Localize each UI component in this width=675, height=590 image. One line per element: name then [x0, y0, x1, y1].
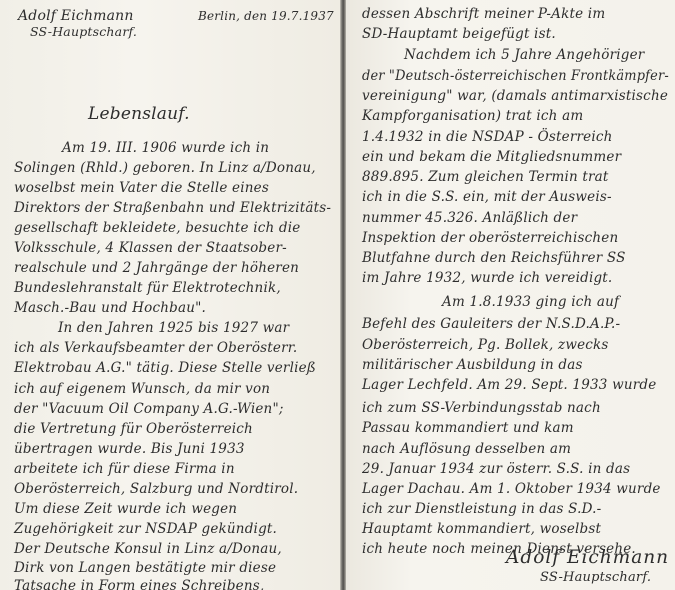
left-page: Adolf Eichmann SS-Hauptscharf. Berlin, d… [0, 0, 340, 590]
author-name: Adolf Eichmann [18, 8, 134, 24]
text-line: der "Deutsch-österreichischen Frontkämpf… [362, 68, 669, 84]
text-line: Befehl des Gauleiters der N.S.D.A.P.- [362, 316, 620, 332]
text-line: ich auf eigenem Wunsch, da mir von [14, 381, 270, 397]
text-line: ein und bekam die Mitgliedsnummer [362, 149, 621, 165]
text-line: In den Jahren 1925 bis 1927 war [58, 320, 289, 336]
text-line: Blutfahne durch den Reichsführer SS [362, 250, 626, 266]
text-line: Oberösterreich, Salzburg und Nordtirol. [14, 481, 298, 497]
text-line: Am 1.8.1933 ging ich auf [442, 294, 619, 310]
document-title: Lebenslauf. [88, 104, 190, 124]
right-page: dessen Abschrift meiner P-Akte im SD-Hau… [346, 0, 675, 590]
text-line: gesellschaft bekleidete, besuchte ich di… [14, 220, 300, 236]
text-line: übertragen wurde. Bis Juni 1933 [14, 441, 245, 457]
text-line: vereinigung" war, (damals antimarxistisc… [362, 88, 668, 104]
text-line: Solingen (Rhld.) geboren. In Linz a/Dona… [14, 160, 316, 176]
text-line: SD-Hauptamt beigefügt ist. [362, 26, 556, 42]
text-line: Inspektion der oberösterreichischen [362, 230, 618, 246]
author-rank: SS-Hauptscharf. [30, 24, 137, 39]
place-date: Berlin, den 19.7.1937 [198, 8, 334, 23]
text-line: ich als Verkaufsbeamter der Oberösterr. [14, 340, 297, 356]
text-line: 889.895. Zum gleichen Termin trat [362, 169, 609, 185]
text-line: der "Vacuum Oil Company A.G.-Wien"; [14, 401, 284, 417]
text-line: Volksschule, 4 Klassen der Staatsober- [14, 240, 287, 256]
text-line: Kampforganisation) trat ich am [362, 108, 583, 124]
signature-name: Adolf Eichmann [506, 546, 669, 568]
text-line: woselbst mein Vater die Stelle eines [14, 180, 269, 196]
text-line: Masch.-Bau und Hochbau". [14, 300, 206, 316]
text-line: nach Auflösung desselben am [362, 441, 571, 457]
text-line: Elektrobau A.G." tätig. Diese Stelle ver… [14, 360, 316, 376]
text-line: Dirk von Langen bestätigte mir diese [14, 560, 276, 576]
text-line: ich zum SS-Verbindungsstab nach [362, 400, 601, 416]
text-line: Oberösterreich, Pg. Bollek, zwecks [362, 337, 609, 353]
text-line: Bundeslehranstalt für Elektrotechnik, [14, 280, 281, 296]
text-line: Tatsache in Form eines Schreibens, [14, 578, 264, 590]
text-line: Nachdem ich 5 Jahre Angehöriger [404, 47, 644, 63]
text-line: 1.4.1932 in die NSDAP - Österreich [362, 129, 613, 145]
text-line: dessen Abschrift meiner P-Akte im [362, 6, 605, 22]
text-line: nummer 45.326. Anläßlich der [362, 210, 577, 226]
signature-rank: SS-Hauptscharf. [540, 570, 651, 585]
text-line: die Vertretung für Oberösterreich [14, 421, 253, 437]
text-line: Hauptamt kommandiert, woselbst [362, 521, 601, 537]
text-line: ich in die S.S. ein, mit der Ausweis- [362, 189, 612, 205]
text-line: Passau kommandiert und kam [362, 420, 574, 436]
text-line: im Jahre 1932, wurde ich vereidigt. [362, 270, 612, 286]
text-line: Der Deutsche Konsul in Linz a/Donau, [14, 541, 282, 557]
text-line: ich zur Dienstleistung in das S.D.- [362, 501, 601, 517]
text-line: militärischer Ausbildung in das [362, 357, 583, 373]
text-line: realschule und 2 Jahrgänge der höheren [14, 260, 299, 276]
text-line: Lager Dachau. Am 1. Oktober 1934 wurde [362, 481, 661, 497]
text-line: Direktors der Straßenbahn und Elektrizit… [14, 200, 331, 216]
text-line: 29. Januar 1934 zur österr. S.S. in das [362, 461, 630, 477]
text-line: Zugehörigkeit zur NSDAP gekündigt. [14, 521, 277, 537]
text-line: Am 19. III. 1906 wurde ich in [62, 140, 269, 156]
text-line: Lager Lechfeld. Am 29. Sept. 1933 wurde [362, 377, 656, 393]
text-line: arbeitete ich für diese Firma in [14, 461, 235, 477]
text-line: Um diese Zeit wurde ich wegen [14, 501, 237, 517]
